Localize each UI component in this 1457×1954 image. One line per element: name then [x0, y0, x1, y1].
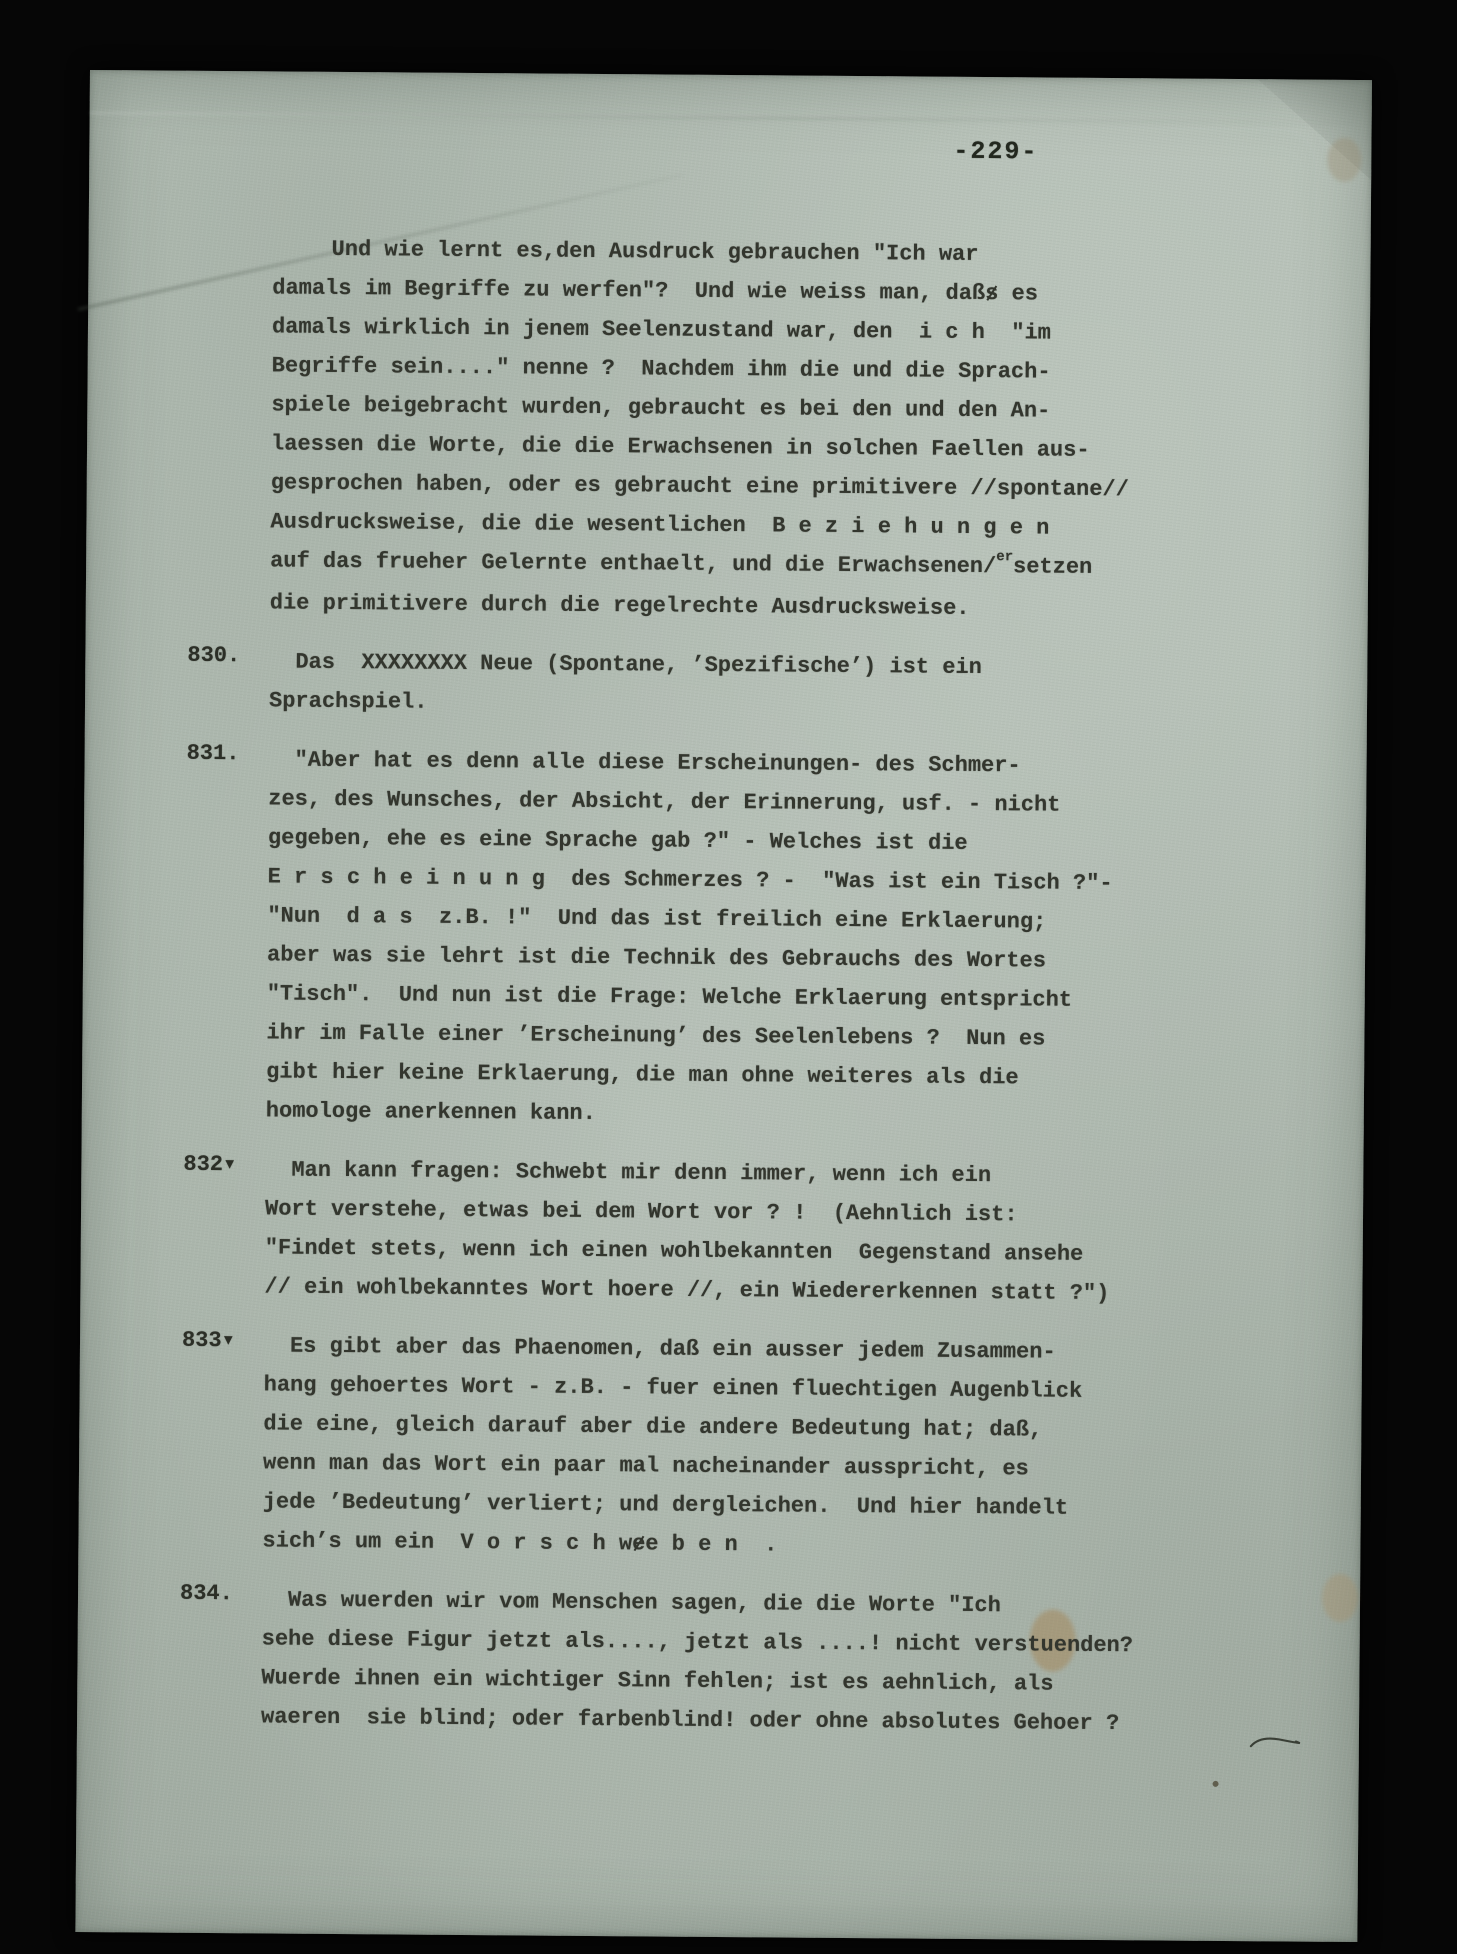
strikethrough-char: e — [632, 1524, 646, 1563]
text-line: homologe anerkennen kann. — [266, 1091, 1186, 1137]
photo-background: { "document": { "page_number": "-229-", … — [0, 0, 1457, 1954]
paragraph-number: 830. — [187, 643, 240, 668]
text-line: die primitivere durch die regelrechte Au… — [270, 583, 1190, 629]
handwritten-mark — [1249, 1733, 1303, 1751]
text-line: sich’s um ein V o r s c h wee b e n . — [262, 1521, 1182, 1567]
text-segment: auf das frueher Gelernte enthaelt, und d… — [270, 548, 996, 579]
superscript-insertion: er — [996, 549, 1013, 565]
strikethrough-char: s — [985, 274, 999, 313]
page-number: -229- — [953, 137, 1038, 167]
corner-fold — [1241, 79, 1372, 180]
text-segment: e b e n . — [645, 1531, 777, 1557]
paragraph: 830.Das XXXXXXXX Neue (Spontane, ’Spezif… — [269, 642, 1190, 727]
paragraph: 834.Was wuerden wir vom Menschen sagen, … — [261, 1580, 1182, 1743]
paragraph: Und wie lernt es,den Ausdruck gebrauchen… — [270, 229, 1193, 629]
text-line: waeren sie blind; oder farbenblind! oder… — [261, 1697, 1181, 1743]
text-segment: es — [998, 281, 1038, 306]
paragraph: 833▾Es gibt aber das Phaenomen, daß ein … — [262, 1326, 1184, 1567]
text-segment: damals im Begriffe zu werfen"? Und wie w… — [272, 275, 985, 306]
ink-speck — [1213, 1781, 1219, 1787]
text-segment: sich’s um ein V o r s c h w — [262, 1528, 632, 1556]
paragraph-number: 832▾ — [183, 1151, 236, 1177]
crease-line — [90, 112, 1372, 124]
text-line: auf das frueher Gelernte enthaelt, und d… — [270, 541, 1190, 590]
typescript-body: Und wie lernt es,den Ausdruck gebrauchen… — [261, 229, 1193, 1743]
text-line: // ein wohlbekanntes Wort hoere //, ein … — [264, 1267, 1184, 1313]
stain — [1322, 1574, 1358, 1622]
text-segment: setzen — [1013, 554, 1092, 580]
paragraph-number: 831. — [187, 741, 240, 766]
paragraph: 832▾Man kann fragen: Schwebt mir denn im… — [264, 1150, 1185, 1313]
paragraph: 831."Aber hat es denn alle diese Erschei… — [266, 740, 1189, 1137]
text-line: Sprachspiel. — [269, 681, 1189, 727]
paragraph-number: 834. — [180, 1581, 233, 1606]
paper-sheet: -229- Und wie lernt es,den Ausdruck gebr… — [75, 70, 1372, 1942]
paragraph-number: 833▾ — [182, 1327, 235, 1353]
